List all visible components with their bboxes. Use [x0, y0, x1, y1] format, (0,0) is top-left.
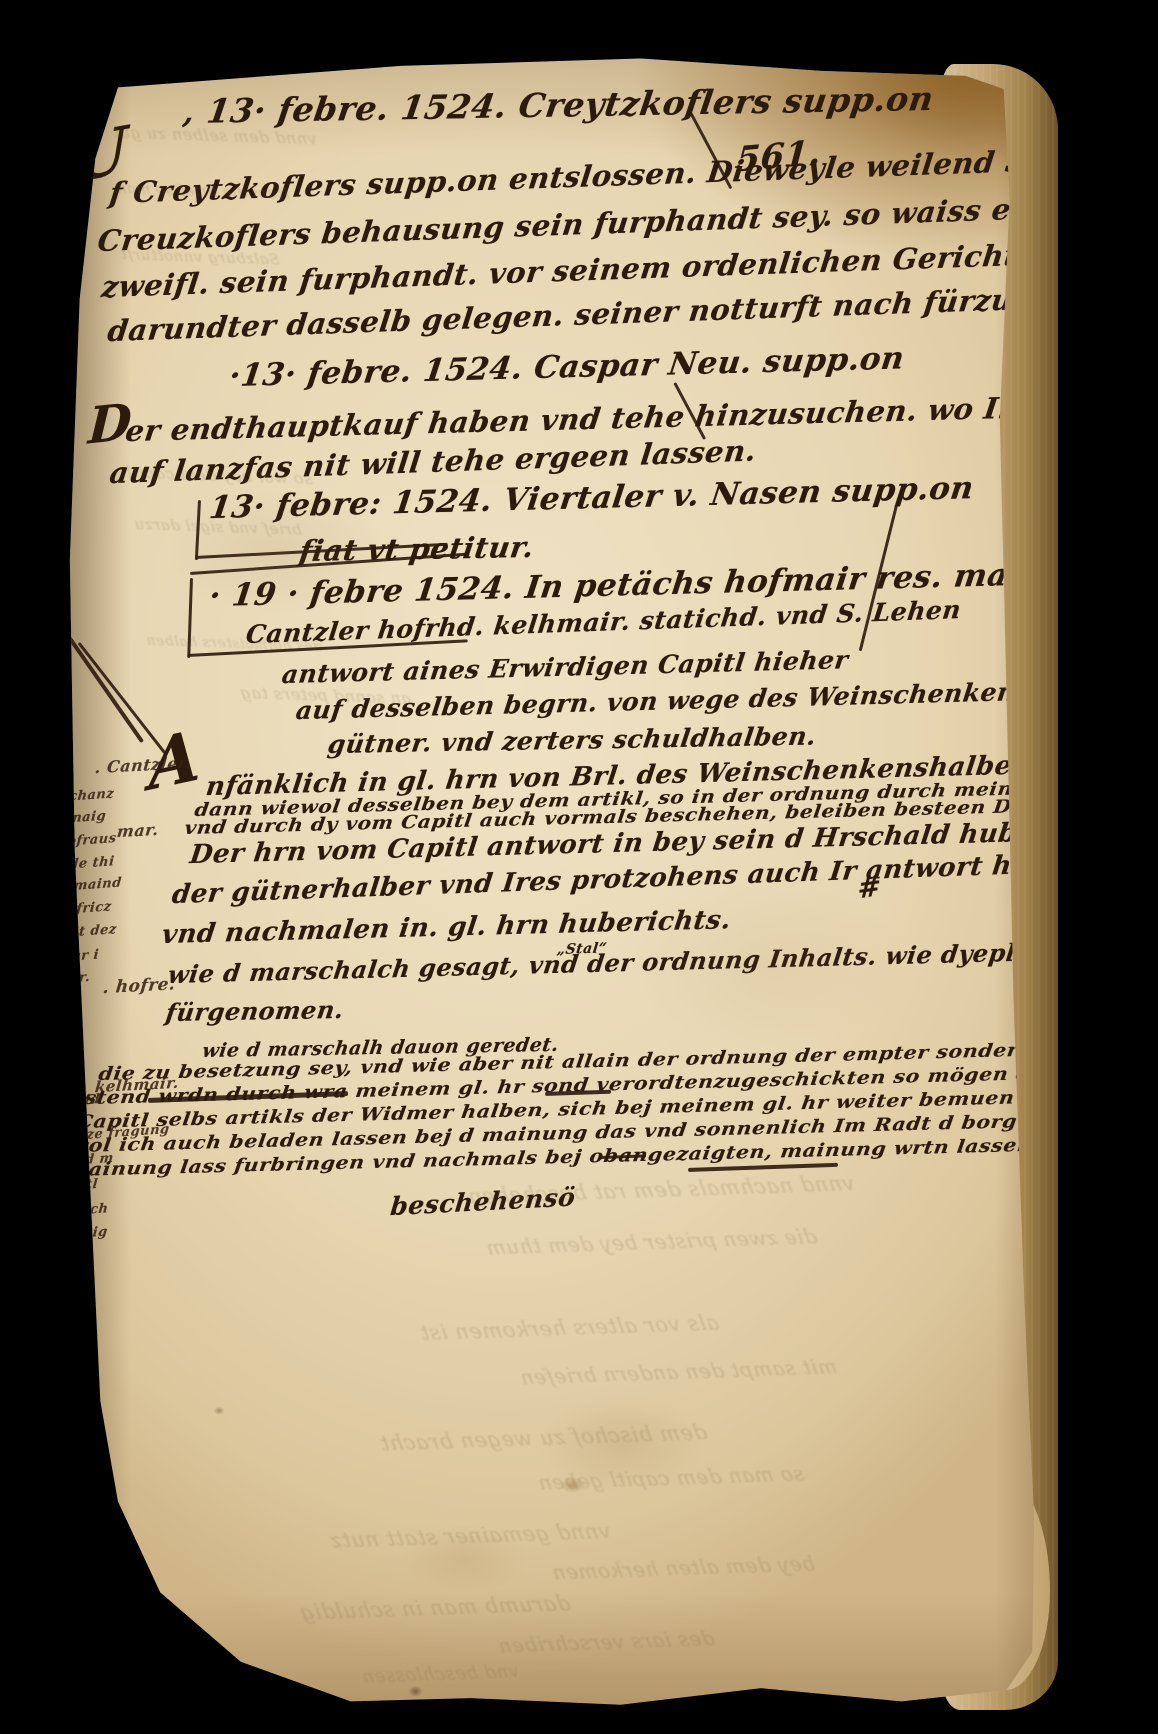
bleedthrough-text: vnnd nachmals dem rat beschehen	[466, 1171, 857, 1208]
margin-note: nur i	[61, 947, 100, 965]
margin-note: wol ich	[53, 1201, 109, 1220]
margin-note: Capitl	[51, 1177, 99, 1195]
bleedthrough-text: so man dem capitl geben	[536, 1461, 806, 1494]
bleedthrough-text: dem bischof zu wegen bracht	[378, 1420, 709, 1455]
ink-stroke	[55, 618, 144, 743]
handwritten-line: ‚ 13· febre. 1524. Creytzkoflers supp.on	[181, 79, 937, 131]
margin-note: schanz	[61, 786, 115, 805]
handwritten-line: vnd nachmalen in. gl. hrn huberichts.	[160, 905, 733, 950]
bleedthrough-text: vnnd gemainer statt nutz	[328, 1519, 613, 1553]
bleedthrough-text: bey dem alten herkomen	[550, 1551, 817, 1584]
bleedthrough-text: an sannd peters tag	[239, 683, 412, 708]
margin-note: mamig	[55, 1224, 109, 1243]
handwritten-line: ·13· febre. 1524. Caspar Neu. supp.on	[227, 340, 906, 394]
handwritten-line: gütner. vnd zerters schuldhalben.	[326, 721, 818, 759]
margin-note: mir.	[59, 970, 91, 987]
bleedthrough-text: des iars verschriben	[496, 1626, 717, 1657]
margin-note: hofraus	[57, 831, 117, 850]
manuscript-page: 561. ‚ 13· febre. 1524. Creytzkoflers su…	[62, 56, 1044, 1708]
handwritten-line: antwort aines Erwirdigen Capitl hieher	[280, 645, 850, 689]
bleedthrough-text: darumb man in schuldig	[298, 1591, 572, 1624]
margin-note: mit dez	[59, 922, 118, 941]
margin-note: nde thi	[59, 854, 115, 873]
handwritten-line: fürgenomen.	[164, 995, 346, 1027]
margin-note: sintid	[55, 1092, 101, 1110]
handwritten-line: „Stal“	[556, 940, 608, 958]
margin-note: tht	[57, 1006, 81, 1023]
margin-note: gemaind	[55, 875, 123, 895]
bleedthrough-text: die zwen prister bey dem thum	[484, 1224, 819, 1259]
bleedthrough-text: mit sampt den andern briefen	[518, 1355, 839, 1390]
margin-note: . hofre.	[102, 974, 177, 998]
margin-note: mar.	[116, 820, 160, 841]
ink-stroke	[78, 642, 167, 754]
photo-background: 561. ‚ 13· febre. 1524. Creytzkoflers su…	[0, 0, 1158, 1734]
handwritten-line: #	[857, 869, 881, 906]
margin-note: hofricz	[57, 899, 113, 918]
bleedthrough-text: vnd beschlossen	[360, 1661, 521, 1687]
bleedthrough-text: als vor alters herkomen ist	[418, 1311, 721, 1345]
margin-note: klnaig	[57, 809, 107, 828]
